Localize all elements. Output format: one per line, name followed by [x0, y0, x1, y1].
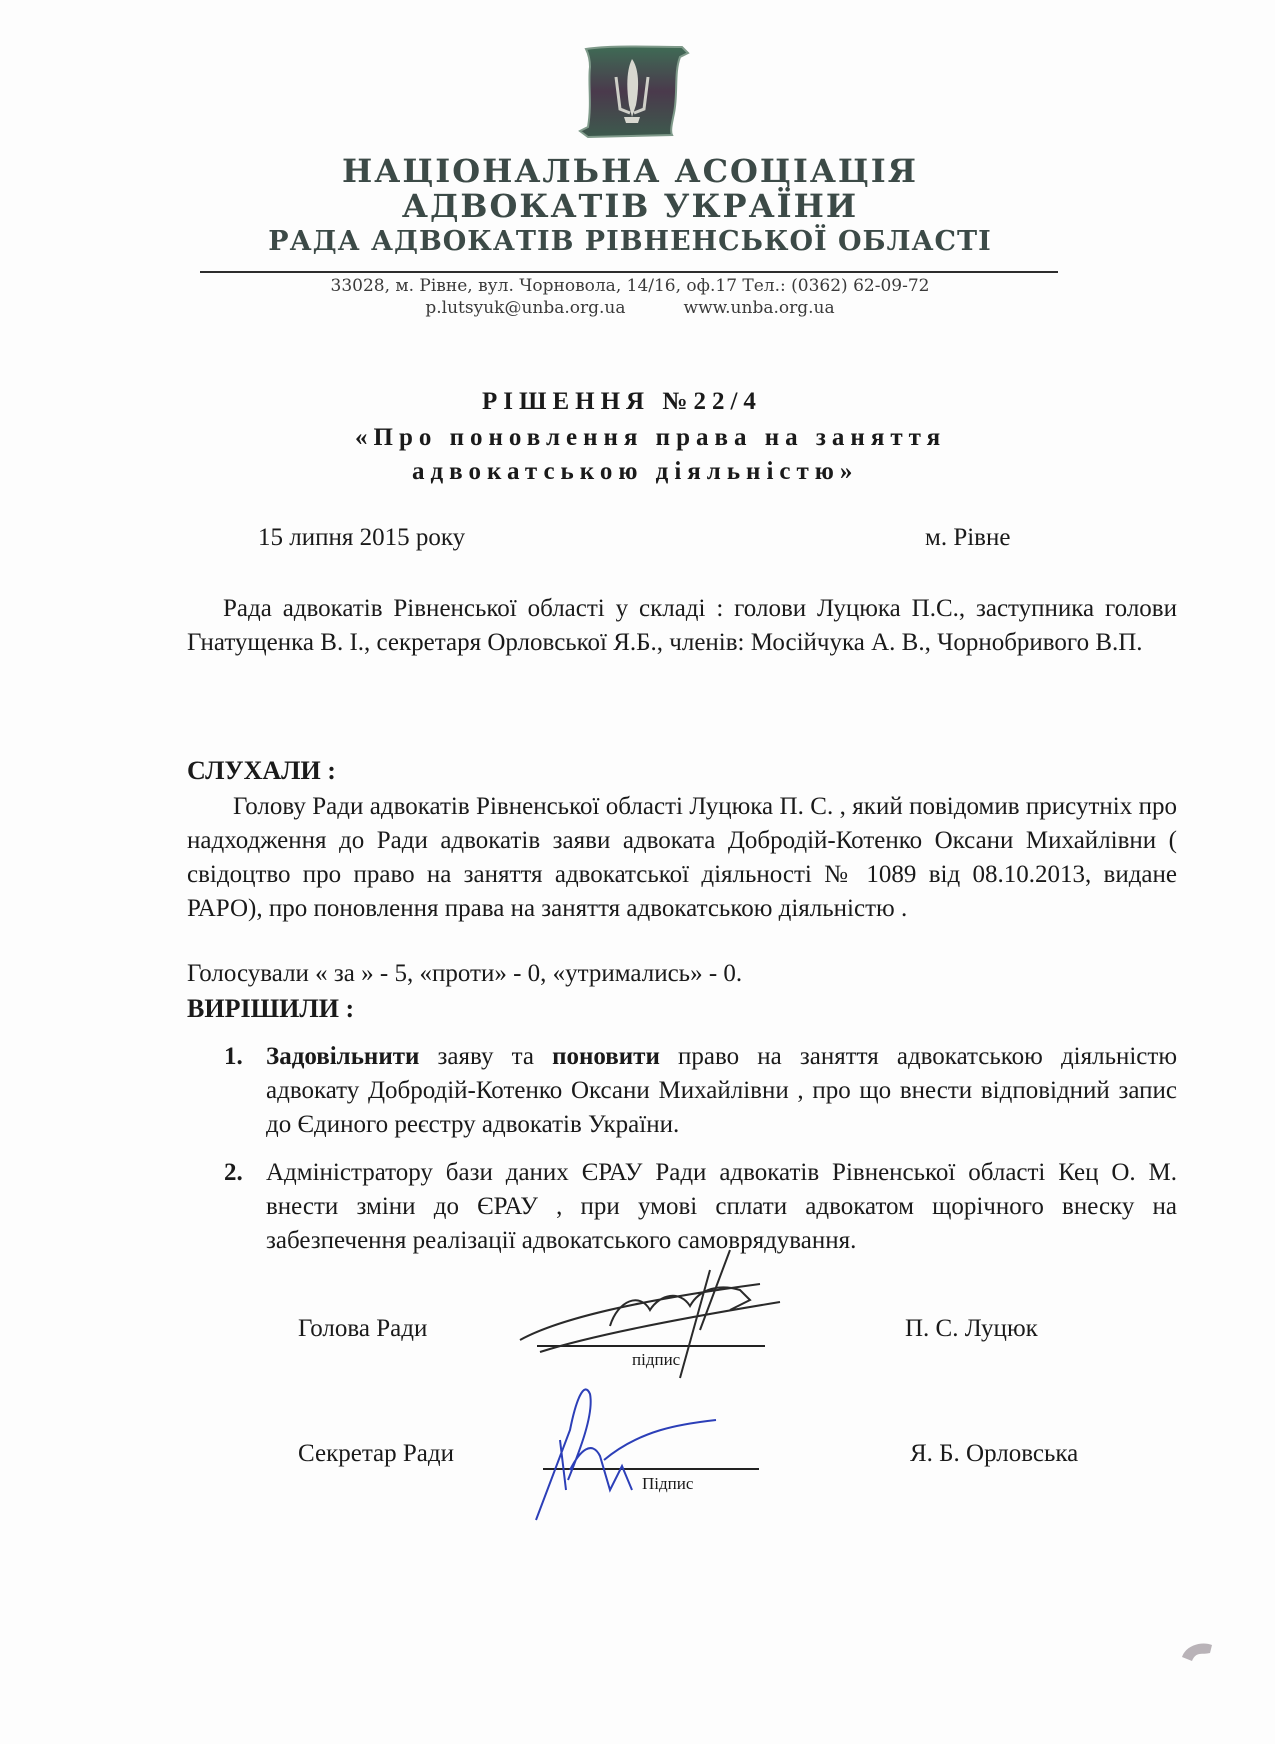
- unba-logo: [572, 43, 694, 140]
- org-contacts: p.lutsyuk@unba.org.uawww.unba.org.ua: [180, 298, 1080, 318]
- decision-city: м. Рівне: [925, 524, 1010, 552]
- decision-item: 1. Задовільнити заяву та поновити право …: [224, 1040, 1177, 1142]
- decision-subject-line2: адвокатською діяльністю»: [412, 458, 858, 486]
- heard-text: Голову Ради адвокатів Рівненської област…: [187, 790, 1177, 926]
- org-subtitle: РАДА АДВОКАТІВ РІВНЕНСЬКОЇ ОБЛАСТІ: [180, 226, 1080, 257]
- item-number: 2.: [224, 1156, 243, 1190]
- org-website[interactable]: www.unba.org.ua: [684, 298, 835, 318]
- org-email[interactable]: p.lutsyuk@unba.org.ua: [425, 298, 625, 318]
- org-name-line1: НАЦІОНАЛЬНА АСОЦІАЦІЯ: [180, 152, 1080, 190]
- decision-subject-line1: «Про поновлення права на заняття: [355, 424, 946, 452]
- decision-item: 2. Адміністратору бази даних ЄРАУ Ради а…: [224, 1156, 1177, 1258]
- heard-heading: СЛУХАЛИ :: [187, 756, 336, 786]
- org-name-line2: АДВОКАТІВ УКРАЇНИ: [180, 187, 1080, 225]
- decided-heading: ВИРІШИЛИ :: [187, 994, 354, 1024]
- item-text: Адміністратору бази даних ЄРАУ Ради адво…: [266, 1159, 1177, 1254]
- council-composition: Рада адвокатів Рівненської області у скл…: [187, 592, 1177, 660]
- org-address: 33028, м. Рівне, вул. Чорновола, 14/16, …: [180, 276, 1080, 296]
- item-text: заяву та: [419, 1043, 552, 1070]
- chair-role: Голова Ради: [298, 1315, 427, 1343]
- secretary-name: Я. Б. Орловська: [910, 1440, 1078, 1468]
- chair-signature-caption: підпис: [632, 1350, 680, 1370]
- scroll-feather-trident-icon: [572, 43, 694, 140]
- secretary-signature-line: [543, 1468, 759, 1470]
- item-number: 1.: [224, 1040, 243, 1074]
- secretary-role: Секретар Ради: [298, 1440, 454, 1468]
- decision-title: РІШЕННЯ №22/4: [482, 388, 762, 416]
- chair-signature-line: [537, 1345, 765, 1347]
- scan-smudge-icon: [1172, 1635, 1222, 1665]
- item-emphasis: Задовільнити: [266, 1043, 419, 1070]
- secretary-signature-caption: Підпис: [642, 1474, 693, 1494]
- secretary-signature-icon: [510, 1370, 770, 1530]
- chair-name: П. С. Луцюк: [905, 1315, 1038, 1343]
- item-emphasis: поновити: [552, 1043, 660, 1070]
- letterhead-divider: [200, 271, 1058, 273]
- vote-results: Голосували « за » - 5, «проти» - 0, «утр…: [187, 960, 742, 988]
- decision-date: 15 липня 2015 року: [258, 524, 465, 552]
